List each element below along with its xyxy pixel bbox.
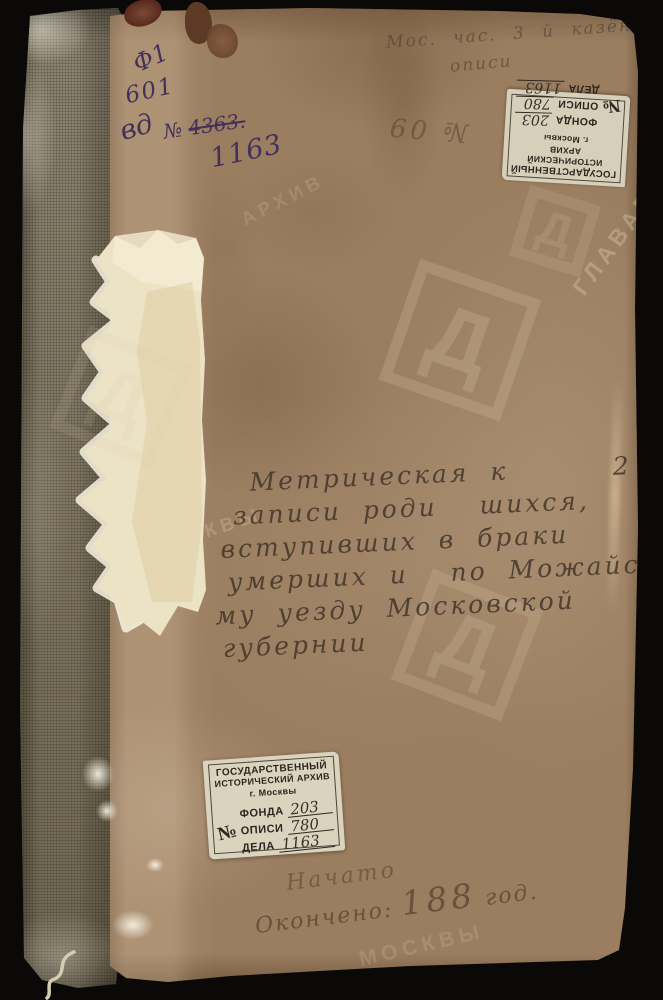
cover-damage-spot — [207, 24, 238, 58]
label-number-sign: № — [601, 95, 621, 118]
handwritten-scribble: вд — [116, 108, 156, 147]
label-row-opis: ОПИСИ 780 — [515, 95, 598, 113]
wear-fleck — [146, 858, 164, 872]
wear-fleck — [96, 800, 118, 822]
handwritten-pencil-note: № 09 — [385, 110, 469, 147]
row-value: 1163 — [278, 833, 335, 853]
label-rows: № ФОНДА 203 ОПИСИ 780 ДЕЛА 1163 — [216, 797, 335, 856]
row-label: ФОНДА — [555, 114, 598, 128]
row-value: 780 — [516, 96, 555, 110]
row-label: ДЕЛА — [242, 840, 276, 854]
label-border-box: ГОСУДАРСТВЕННЫЙ ИСТОРИЧЕСКИЙ АРХИВ г. Мо… — [208, 756, 340, 855]
label-number-sign: № — [215, 820, 239, 846]
wear-fleck — [112, 910, 154, 940]
row-value: 203 — [515, 112, 552, 126]
handwritten-inventory-mark: 601 — [123, 73, 177, 110]
date-finished-label: Окончено: — [254, 897, 395, 939]
old-number-struck: 4363. — [187, 108, 247, 140]
row-label: ДЕЛА — [568, 82, 600, 95]
date-finished-suffix: год. — [475, 880, 540, 912]
label-row-fond: ФОНДА 203 — [514, 111, 597, 129]
loose-thread — [44, 950, 84, 1000]
row-value: 1163 — [517, 80, 565, 95]
watermark-letter: Д — [84, 354, 159, 440]
row-label: ОПИСИ — [557, 98, 598, 112]
archive-stamp-label-top: ГОСУДАРСТВЕННЫЙ ИСТОРИЧЕСКИЙ АРХИВ г. Мо… — [502, 89, 631, 188]
label-row-delo: ДЕЛА 1163 — [516, 79, 599, 97]
row-label: ОПИСИ — [240, 822, 283, 837]
watermark-letter: Д — [417, 289, 503, 390]
watermark-letter: Д — [532, 203, 579, 259]
photo-background: Д Д Д ГЛАВАРХИВ МОСКВЫ АРХИВ МОСКВЫ Ф1 6… — [0, 0, 663, 1000]
label-border-box: ГОСУДАРСТВЕННЫЙ ИСТОРИЧЕСКИЙ АРХИВ г. Мо… — [507, 94, 626, 183]
row-label: ФОНДА — [239, 805, 284, 820]
handwritten-top-note-line1: Мос. час. 3 й казён. — [386, 15, 641, 53]
label-rows: № ФОНДА 203 ОПИСИ 780 ДЕЛА 1163 — [514, 79, 621, 134]
archive-stamp-label-bottom: ГОСУДАРСТВЕННЫЙ ИСТОРИЧЕСКИЙ АРХИВ г. Мо… — [203, 751, 346, 859]
handwritten-top-note-line2: описи — [449, 51, 513, 76]
archive-watermark-logo: Д — [379, 259, 542, 422]
old-number-sign: № — [162, 117, 184, 143]
handwritten-title: Метрическая к 2 ая записи роди шихся, вс… — [209, 449, 647, 666]
label-row-delo: ДЕЛА 1163 — [241, 834, 335, 854]
wear-fleck — [82, 756, 114, 792]
handwritten-dates: Начато Окончено: 188 год. — [249, 841, 540, 941]
archive-watermark-text: АРХИВ — [238, 171, 329, 232]
handwritten-fund-mark: Ф1 — [129, 38, 173, 78]
thread-strand — [47, 952, 74, 998]
archive-watermark-text: МОСКВЫ — [357, 920, 487, 972]
date-finished-year: 188 — [399, 875, 478, 923]
